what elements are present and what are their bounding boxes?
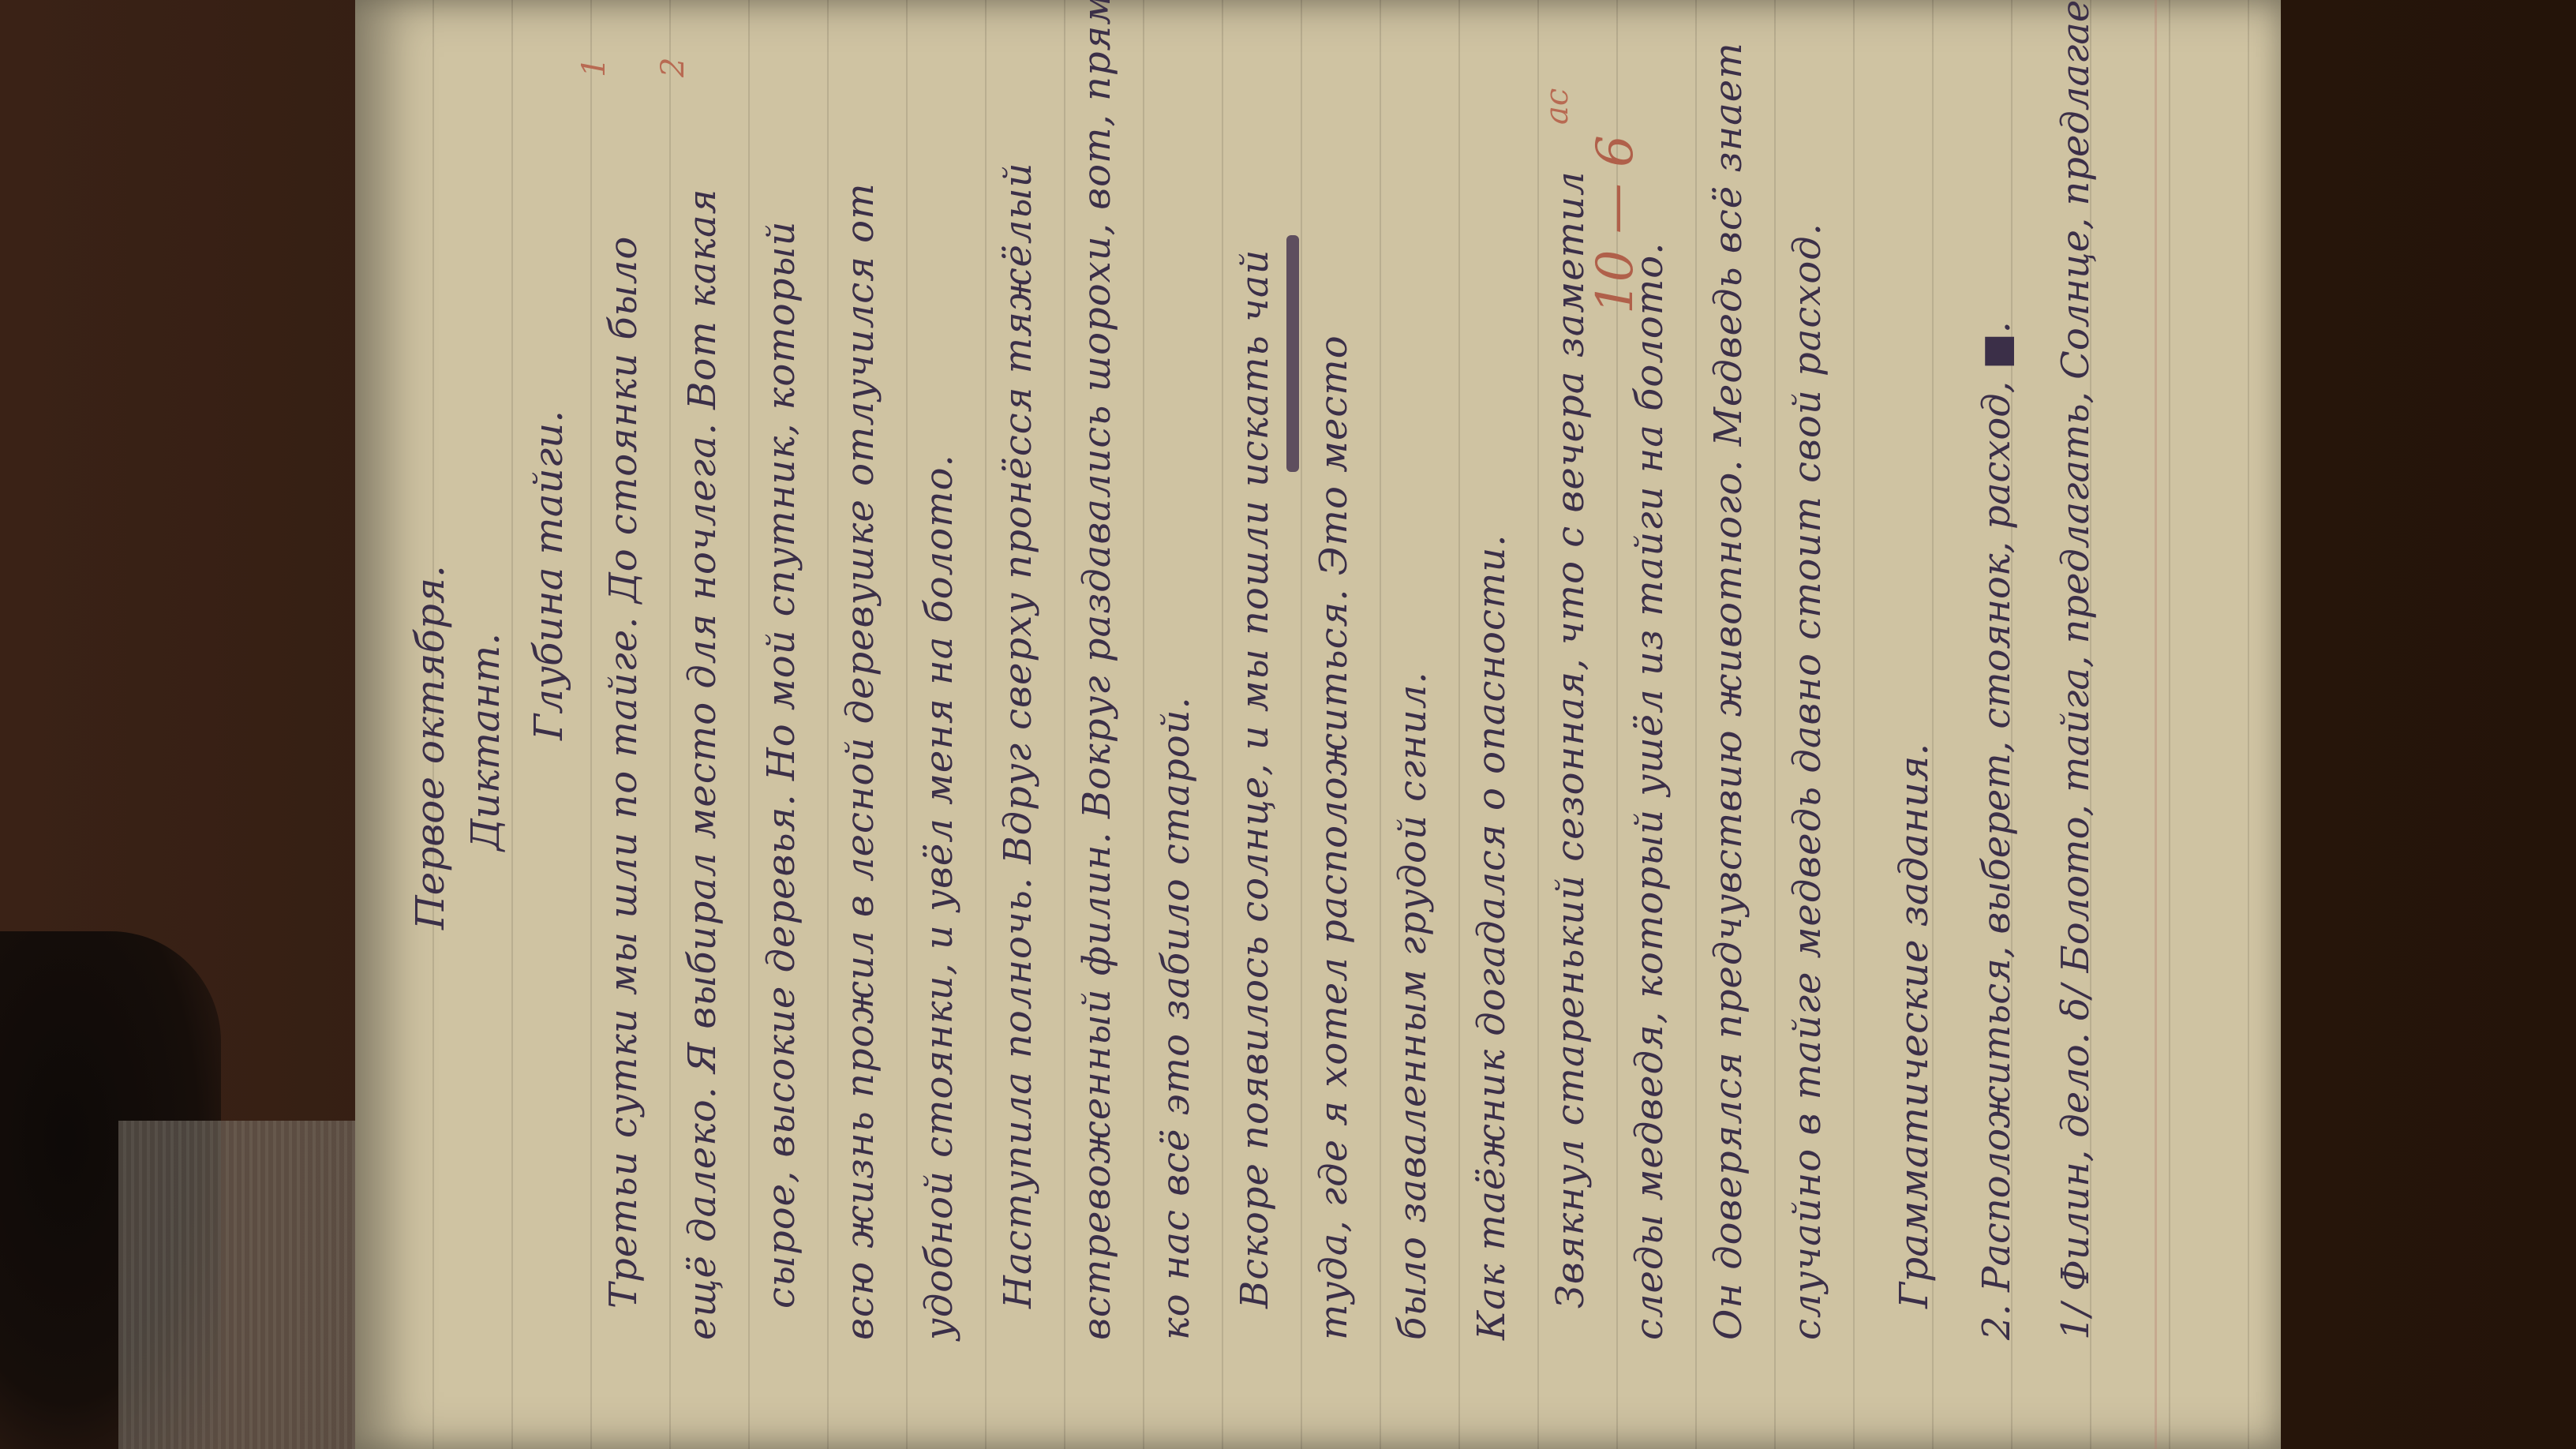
dictation-line: туда, где я хотел расположиться. Это мес… bbox=[1294, 77, 1373, 1340]
dictation-line: Вскоре появилось солнце, и мы пошли иска… bbox=[1215, 77, 1294, 1340]
dictation-line: Как таёжник догадался о опасности. bbox=[1452, 77, 1531, 1340]
dictation-line: было заваленным грудой сгнил. bbox=[1373, 77, 1452, 1340]
dictation-line: ещё далеко. Я выбирал место для ночлега.… bbox=[663, 77, 742, 1340]
dictation-line: Третьи сутки мы шли по тайге. До стоянки… bbox=[584, 77, 663, 1340]
dictation-line: сырое, высокие деревья. Но мой спутник, … bbox=[742, 77, 821, 1340]
dictation-title: Глубина тайги. bbox=[513, 77, 584, 740]
dictation-line: встревоженный филин. Вокруг раздавались … bbox=[1058, 77, 1136, 1340]
rotated-page-content: Первое октября. Диктант. Глубина тайги. … bbox=[355, 14, 2281, 1435]
dictation-line: случайно в тайге медведь давно стоит сво… bbox=[1768, 77, 1847, 1340]
date-heading: Первое октября. bbox=[402, 77, 458, 930]
work-type-heading: Диктант. bbox=[458, 77, 513, 851]
page-inner: Первое октября. Диктант. Глубина тайги. … bbox=[355, 14, 2281, 1435]
dictation-line: всю жизнь прожил в лесной деревушке отлу… bbox=[821, 77, 900, 1340]
fabric-cloth bbox=[118, 1121, 355, 1449]
dictation-line: ко нас всё это забило старой. bbox=[1136, 77, 1215, 1340]
dictation-line: удобной стоянки, и увёл меня на болото. bbox=[900, 77, 979, 1340]
grammar-task: 2. Расположиться, выберет, стоянок, расх… bbox=[1957, 77, 2036, 1340]
grammar-task: 1/ Филин, дело. δ/ Болото, тайга, предла… bbox=[2036, 77, 2115, 1340]
grammar-section-title: Грамматические задания. bbox=[1870, 77, 1957, 1309]
dictation-line: Он доверялся предчувствию животного. Мед… bbox=[1689, 77, 1768, 1340]
margin-check-mark: 2 bbox=[655, 58, 691, 77]
crossed-out-word bbox=[1286, 235, 1299, 472]
teacher-grade: 10 — 6 bbox=[1586, 135, 1645, 314]
teacher-note: ас bbox=[1539, 88, 1575, 125]
margin-check-mark: 1 bbox=[576, 58, 612, 77]
dictation-line: Наступила полночь. Вдруг сверху пронёсся… bbox=[979, 77, 1058, 1340]
